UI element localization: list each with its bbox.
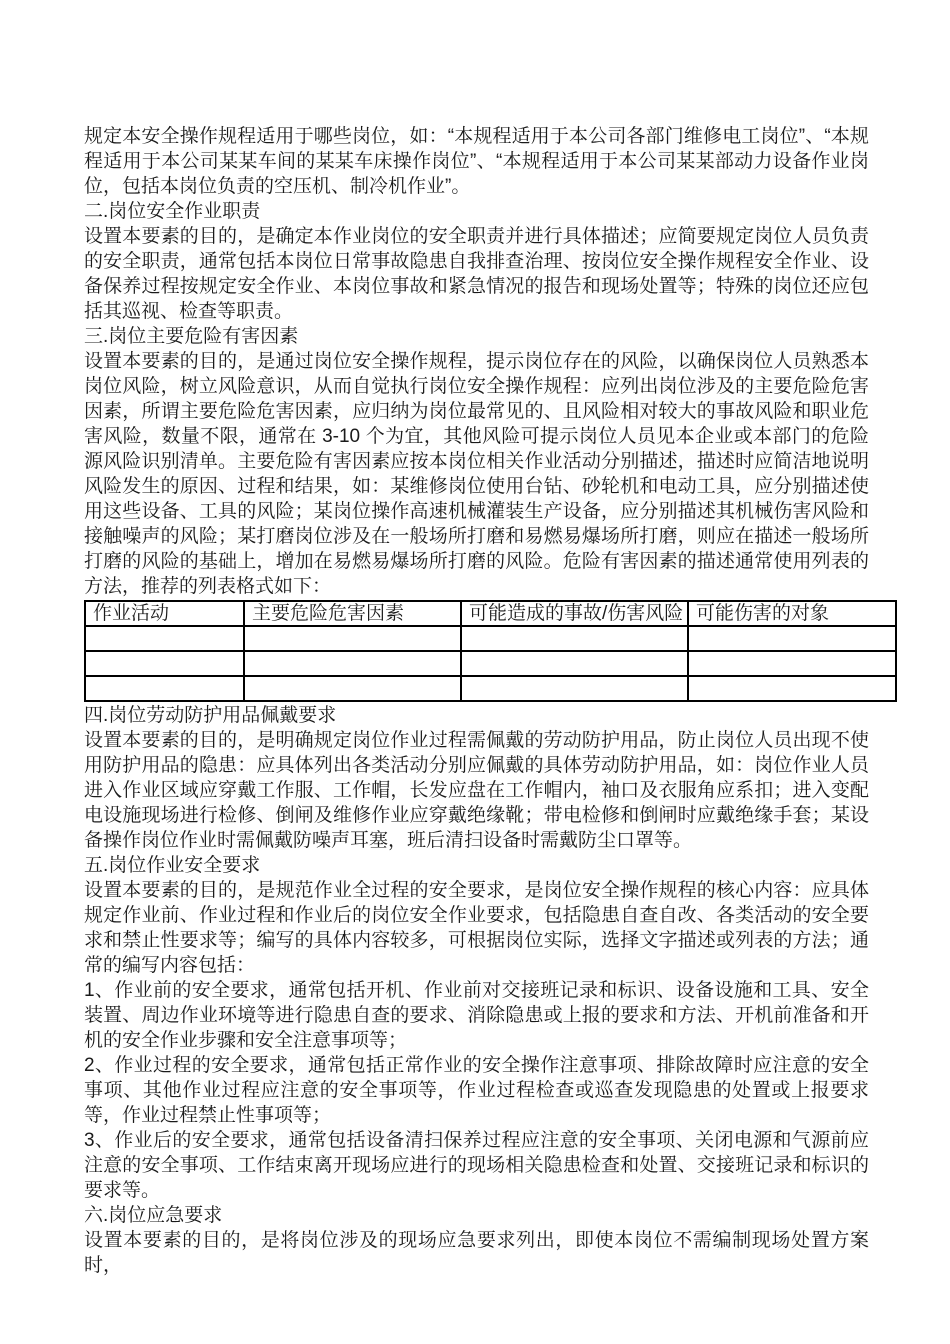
table-cell [85, 626, 244, 651]
table-row [85, 676, 896, 701]
paragraph-item-1-pre-work: 1、作业前的安全要求，通常包括开机、作业前对交接班记录和标识、设备设施和工具、安… [84, 978, 869, 1053]
table-header-harmed-target: 可能伤害的对象 [688, 601, 896, 626]
table-header-activity: 作业活动 [85, 601, 244, 626]
table-cell [461, 651, 688, 676]
table-cell [688, 676, 896, 701]
table-cell [85, 676, 244, 701]
table-header-hazard-factor: 主要危险危害因素 [244, 601, 461, 626]
document-page: 规定本安全操作规程适用于哪些岗位，如：“本规程适用于本公司各部门维修电工岗位”、… [0, 0, 950, 1344]
hazard-factor-table: 作业活动 主要危险危害因素 可能造成的事故/伤害风险 可能伤害的对象 [84, 600, 897, 702]
table-row [85, 651, 896, 676]
paragraph-section3-body: 设置本要素的目的，是通过岗位安全操作规程，提示岗位存在的风险，以确保岗位人员熟悉… [84, 349, 869, 599]
section-heading-4-ppe-requirements: 四.岗位劳动防护用品佩戴要求 [84, 703, 869, 728]
paragraph-item-3-post-work: 3、作业后的安全要求，通常包括设备清扫保养过程应注意的安全事项、关闭电源和气源前… [84, 1128, 869, 1203]
paragraph-section6-body: 设置本要素的目的，是将岗位涉及的现场应急要求列出，即使本岗位不需编制现场处置方案… [84, 1228, 869, 1278]
table-cell [688, 626, 896, 651]
table-cell [461, 676, 688, 701]
table-cell [244, 651, 461, 676]
table-cell [244, 676, 461, 701]
table-row [85, 626, 896, 651]
table-header-row: 作业活动 主要危险危害因素 可能造成的事故/伤害风险 可能伤害的对象 [85, 601, 896, 626]
paragraph-item-2-during-work: 2、作业过程的安全要求，通常包括正常作业的安全操作注意事项、排除故障时应注意的安… [84, 1053, 869, 1128]
table-cell [688, 651, 896, 676]
table-header-accident-risk: 可能造成的事故/伤害风险 [461, 601, 688, 626]
paragraph-section5-body: 设置本要素的目的，是规范作业全过程的安全要求，是岗位安全操作规程的核心内容：应具… [84, 878, 869, 978]
section-heading-3-main-hazard-factors: 三.岗位主要危险有害因素 [84, 324, 869, 349]
section-heading-5-work-safety-requirements: 五.岗位作业安全要求 [84, 853, 869, 878]
paragraph-section4-body: 设置本要素的目的，是明确规定岗位作业过程需佩戴的劳动防护用品，防止岗位人员出现不… [84, 728, 869, 853]
paragraph-scope-intro: 规定本安全操作规程适用于哪些岗位，如：“本规程适用于本公司各部门维修电工岗位”、… [84, 124, 869, 199]
table-cell [461, 626, 688, 651]
paragraph-section2-body: 设置本要素的目的，是确定本作业岗位的安全职责并进行具体描述；应简要规定岗位人员负… [84, 224, 869, 324]
section-heading-2-job-safety-duties: 二.岗位安全作业职责 [84, 199, 869, 224]
table-cell [244, 626, 461, 651]
table-cell [85, 651, 244, 676]
section-heading-6-emergency-requirements: 六.岗位应急要求 [84, 1203, 869, 1228]
